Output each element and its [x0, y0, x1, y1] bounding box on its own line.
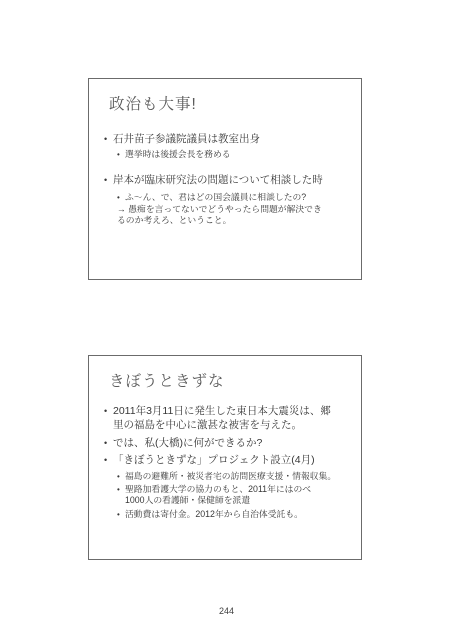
bullet-marker: •	[117, 484, 125, 495]
bullet-text: 聖路加看護大学の協力のもと、2011年にはのべ 1000人の看護師・保健師を派遣	[125, 484, 311, 507]
bullet-text: 「きぼうときずな」プロジェクト設立(4月)	[113, 454, 315, 468]
bullet-item: • 活動費は寄付金。2012年から自治体受託も。	[117, 509, 351, 520]
bullet-marker: •	[117, 509, 125, 520]
slide-1-title: 政治も大事!	[109, 95, 351, 115]
bullet-item: • 2011年3月11日に発生した東日本大震災は、郷 里の福島を中心に激甚な被害…	[104, 405, 351, 433]
bullet-text: ふ〜ん、で、君はどの国会議員に相談したの?	[125, 192, 306, 203]
bullet-text: 岸本が臨床研究法の問題について相談した時	[113, 174, 323, 188]
arrow-note: → 愚痴を言ってないでどうやったら問題が解決でき るのか考えろ、ということ。	[117, 204, 351, 227]
bullet-marker: •	[104, 437, 113, 450]
bullet-marker: •	[104, 174, 113, 187]
page-number: 244	[0, 606, 453, 616]
bullet-item: • 福島の避難所・被災者宅の訪問医療支援・情報収集。	[117, 471, 351, 482]
bullet-item: • 石井苗子参議院議員は教室出身	[104, 133, 351, 147]
bullet-item: • 岸本が臨床研究法の問題について相談した時	[104, 174, 351, 188]
slide-thumbnail-2: きぼうときずな • 2011年3月11日に発生した東日本大震災は、郷 里の福島を…	[88, 355, 362, 560]
bullet-text: 2011年3月11日に発生した東日本大震災は、郷 里の福島を中心に激甚な被害を与…	[113, 405, 331, 433]
bullet-item: • 「きぼうときずな」プロジェクト設立(4月)	[104, 454, 351, 468]
bullet-text: 石井苗子参議院議員は教室出身	[113, 133, 260, 147]
slide-2-bullets: • 2011年3月11日に発生した東日本大震災は、郷 里の福島を中心に激甚な被害…	[104, 405, 351, 520]
slide-1-content: 政治も大事! • 石井苗子参議院議員は教室出身 • 選挙時は後援会長を務める •…	[89, 79, 361, 227]
bullet-marker: •	[104, 133, 113, 146]
handout-page: 政治も大事! • 石井苗子参議院議員は教室出身 • 選挙時は後援会長を務める •…	[0, 0, 453, 640]
bullet-text: 活動費は寄付金。2012年から自治体受託も。	[125, 509, 303, 520]
bullet-item: • では、私(大橋)に何ができるか?	[104, 437, 351, 451]
bullet-item: • ふ〜ん、で、君はどの国会議員に相談したの?	[117, 192, 351, 203]
bullet-text: 福島の避難所・被災者宅の訪問医療支援・情報収集。	[125, 471, 336, 482]
bullet-marker: •	[117, 149, 125, 160]
bullet-marker: •	[117, 471, 125, 482]
bullet-marker: •	[104, 454, 113, 467]
slide-thumbnail-1: 政治も大事! • 石井苗子参議院議員は教室出身 • 選挙時は後援会長を務める •…	[88, 78, 362, 280]
bullet-marker: •	[117, 192, 125, 203]
slide-2-title: きぼうときずな	[109, 372, 351, 392]
slide-1-bullets: • 石井苗子参議院議員は教室出身 • 選挙時は後援会長を務める • 岸本が臨床研…	[104, 133, 351, 226]
bullet-text: では、私(大橋)に何ができるか?	[113, 437, 262, 451]
slide-2-content: きぼうときずな • 2011年3月11日に発生した東日本大震災は、郷 里の福島を…	[89, 356, 361, 520]
bullet-text: 選挙時は後援会長を務める	[125, 149, 231, 160]
bullet-item: • 聖路加看護大学の協力のもと、2011年にはのべ 1000人の看護師・保健師を…	[117, 484, 351, 507]
bullet-item: • 選挙時は後援会長を務める	[117, 149, 351, 160]
bullet-marker: •	[104, 405, 113, 418]
